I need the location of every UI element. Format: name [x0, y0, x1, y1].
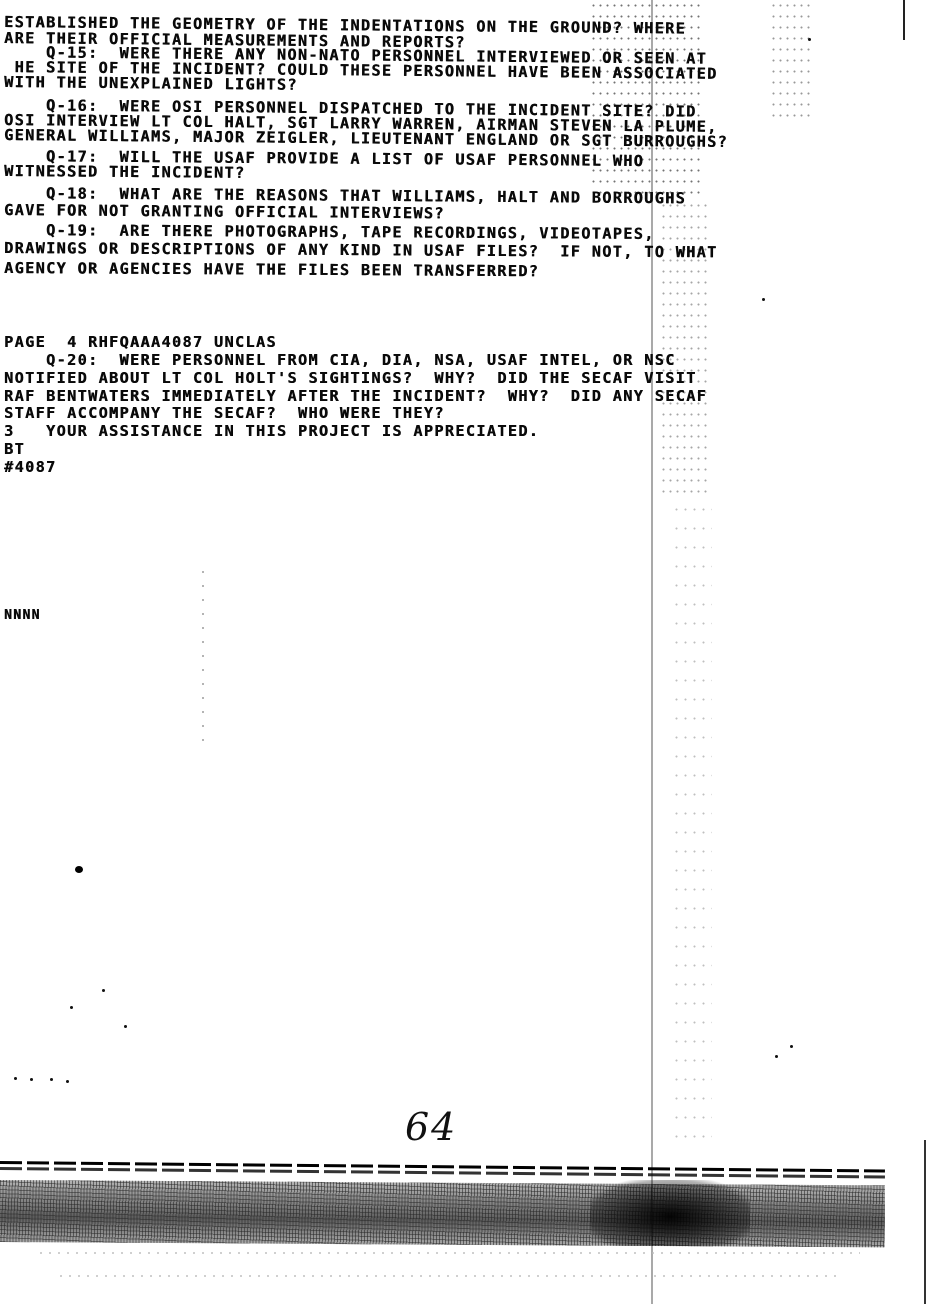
scan-speck: [808, 38, 811, 41]
text-line: GAVE FOR NOT GRANTING OFFICIAL INTERVIEW…: [4, 202, 445, 221]
scan-edge-mark: [903, 0, 905, 40]
scan-speck: [14, 1077, 17, 1080]
scan-speck: [75, 866, 83, 873]
text-line: STAFF ACCOMPANY THE SECAF? WHO WERE THEY…: [4, 405, 445, 421]
text-line: RAF BENTWATERS IMMEDIATELY AFTER THE INC…: [4, 388, 707, 404]
scan-noise: [770, 0, 810, 120]
end-of-message-marker: NNNN: [4, 608, 41, 624]
scan-speck: [30, 1078, 33, 1081]
text-line: 3 YOUR ASSISTANCE IN THIS PROJECT IS APP…: [4, 423, 539, 439]
scan-speck: [66, 1080, 69, 1083]
scan-noise-band: [590, 1180, 750, 1246]
scan-noise: [672, 500, 712, 1150]
break-marker: BT: [4, 441, 25, 457]
text-line: AGENCY OR AGENCIES HAVE THE FILES BEEN T…: [4, 260, 539, 279]
scan-speck: [775, 1055, 778, 1058]
text-line: DRAWINGS OR DESCRIPTIONS OF ANY KIND IN …: [4, 240, 718, 260]
text-line: NOTIFIED ABOUT LT COL HOLT'S SIGHTINGS? …: [4, 370, 697, 386]
faint-show-through: [60, 1275, 840, 1277]
text-line: WITH THE UNEXPLAINED LIGHTS?: [4, 74, 298, 93]
faint-show-through: [40, 1252, 860, 1254]
message-number: #4087: [4, 459, 56, 475]
scan-edge-mark-bottom: [924, 1140, 926, 1304]
scan-speck: [762, 298, 765, 301]
scanned-document-page: ESTABLISHED THE GEOMETRY OF THE INDENTAT…: [0, 0, 927, 1304]
text-line: Q-20: WERE PERSONNEL FROM CIA, DIA, NSA,…: [4, 352, 676, 368]
page-header-line: PAGE 4 RHFQAAA4087 UNCLAS: [4, 334, 277, 350]
scan-speck: [50, 1078, 53, 1081]
scan-speck: [102, 989, 105, 992]
scan-noise: [200, 565, 208, 745]
scan-noise-band: [0, 1180, 885, 1247]
text-line: WITNESSED THE INCIDENT?: [4, 163, 245, 181]
scan-speck: [124, 1025, 127, 1028]
scan-speck: [70, 1006, 73, 1009]
handwritten-page-number: 64: [405, 1105, 457, 1149]
scan-speck: [790, 1045, 793, 1048]
